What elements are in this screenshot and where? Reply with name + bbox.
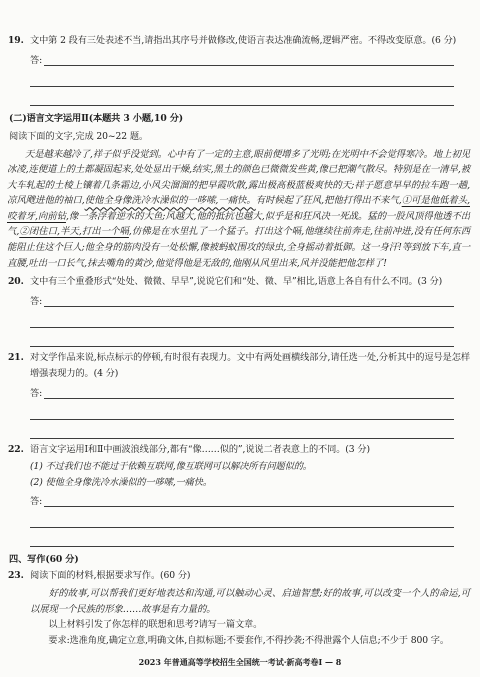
exam-page: 19. 文中第 2 段有三处表述不当,请指出其序号并做修改,使语言表达准确流畅,… [0, 0, 480, 677]
answer-blank-line [30, 87, 454, 106]
question-22-answer-row: 答: [30, 491, 454, 509]
answer-blank-line [30, 309, 454, 328]
question-19-number: 19. [8, 33, 24, 50]
passage-segment-wavy-underlined: 使他全身像洗冷水澡似的一哆嗦,一痛快。 [85, 195, 256, 206]
question-22: 22. 语言文字运用Ⅰ和Ⅱ中画波浪线部分,都有“像……似的”,说说二者表意上的不… [7, 442, 470, 459]
question-23-text: 阅读下面的材料,根据要求写作。(60 分) [30, 570, 190, 581]
answer-blank-line [30, 420, 454, 439]
question-19-answer-row: 答: [30, 50, 454, 68]
section-4-header: 四、写作(60 分) [9, 552, 470, 568]
question-20-answer-row: 答: [30, 291, 454, 309]
essay-prompt: 以上材料引发了你怎样的联想和思考?请写一篇文章。 [30, 617, 470, 633]
essay-requirements: 要求:选准角度,确定立意,明确文体,自拟标题;不要套作,不得抄袭;不得泄露个人信… [30, 633, 470, 649]
answer-blank-line [30, 401, 454, 420]
question-20: 20. 文中有三个重叠形式“处处、微微、早早”,说说它们和“处、微、早”相比,语… [7, 274, 470, 291]
answer-label: 答: [30, 295, 42, 309]
answer-blank-line [30, 528, 454, 547]
answer-label: 答: [30, 495, 42, 509]
answer-blank-line [30, 328, 454, 347]
reading-passage: 天是越来越冷了,祥子似乎没觉到。心中有了一定的主意,眼前便增多了光明;在光明中不… [7, 147, 470, 272]
answer-blank-line [44, 65, 454, 66]
answer-blank-line [44, 398, 454, 399]
quote-item-1: (1) 不过我们也不能过于依赖互联网,像互联网可以解决所有问题似的。 [30, 459, 470, 475]
question-20-text: 文中有三个重叠形式“处处、微微、早早”,说说它们和“处、微、早”相比,语意上各自… [30, 276, 442, 287]
passage-segment-underlined-2: ②闭住口,半天,打出一个嗝 [19, 226, 129, 237]
reading-instruction: 阅读下面的文字,完成 20~22 题。 [9, 129, 470, 145]
question-21-text: 对文学作品来说,标点标示的停顿,有时很有表现力。文中有两处画横线部分,请任选一处… [30, 352, 470, 380]
question-23: 23. 阅读下面的材料,根据要求写作。(60 分) [7, 568, 470, 585]
question-22-text: 语言文字运用Ⅰ和Ⅱ中画波浪线部分,都有“像……似的”,说说二者表意上的不同。(3… [30, 444, 370, 455]
question-21-number: 21. [8, 350, 24, 367]
question-22-quotes: (1) 不过我们也不能过于依赖互联网,像互联网可以解决所有问题似的。 (2) 使… [30, 459, 470, 491]
question-22-number: 22. [8, 442, 24, 459]
answer-blank-line [30, 509, 454, 528]
answer-blank-line [30, 68, 454, 87]
question-19-text: 文中第 2 段有三处表述不当,请指出其序号并做修改,使语言表达准确流畅,逻辑严密… [30, 35, 456, 46]
answer-label: 答: [30, 387, 42, 401]
question-23-number: 23. [8, 568, 24, 585]
page-footer: 2023 年普通高等学校招生全国统一考试·新高考卷Ⅰ — 8 [0, 657, 480, 668]
essay-material: 好的故事,可以帮我们更好地表达和沟通,可以触动心灵、启迪智慧;好的故事,可以改变… [30, 586, 470, 618]
question-19: 19. 文中第 2 段有三处表述不当,请指出其序号并做修改,使语言表达准确流畅,… [7, 33, 470, 50]
section-2-header: (二)语言文字运用Ⅱ(本题共 3 小题,10 分) [9, 111, 470, 127]
answer-blank-line [44, 506, 454, 507]
question-21: 21. 对文学作品来说,标点标示的停顿,有时很有表现力。文中有两处画横线部分,请… [7, 350, 470, 383]
question-21-answer-row: 答: [30, 383, 454, 401]
question-20-number: 20. [8, 274, 24, 291]
answer-blank-line [44, 306, 454, 307]
passage-segment: 有时候起了狂风,把他打得出不来气, [256, 195, 402, 206]
answer-label: 答: [30, 54, 42, 68]
quote-item-2: (2) 使他全身像洗冷水澡似的一哆嗦,一痛快。 [30, 475, 470, 491]
